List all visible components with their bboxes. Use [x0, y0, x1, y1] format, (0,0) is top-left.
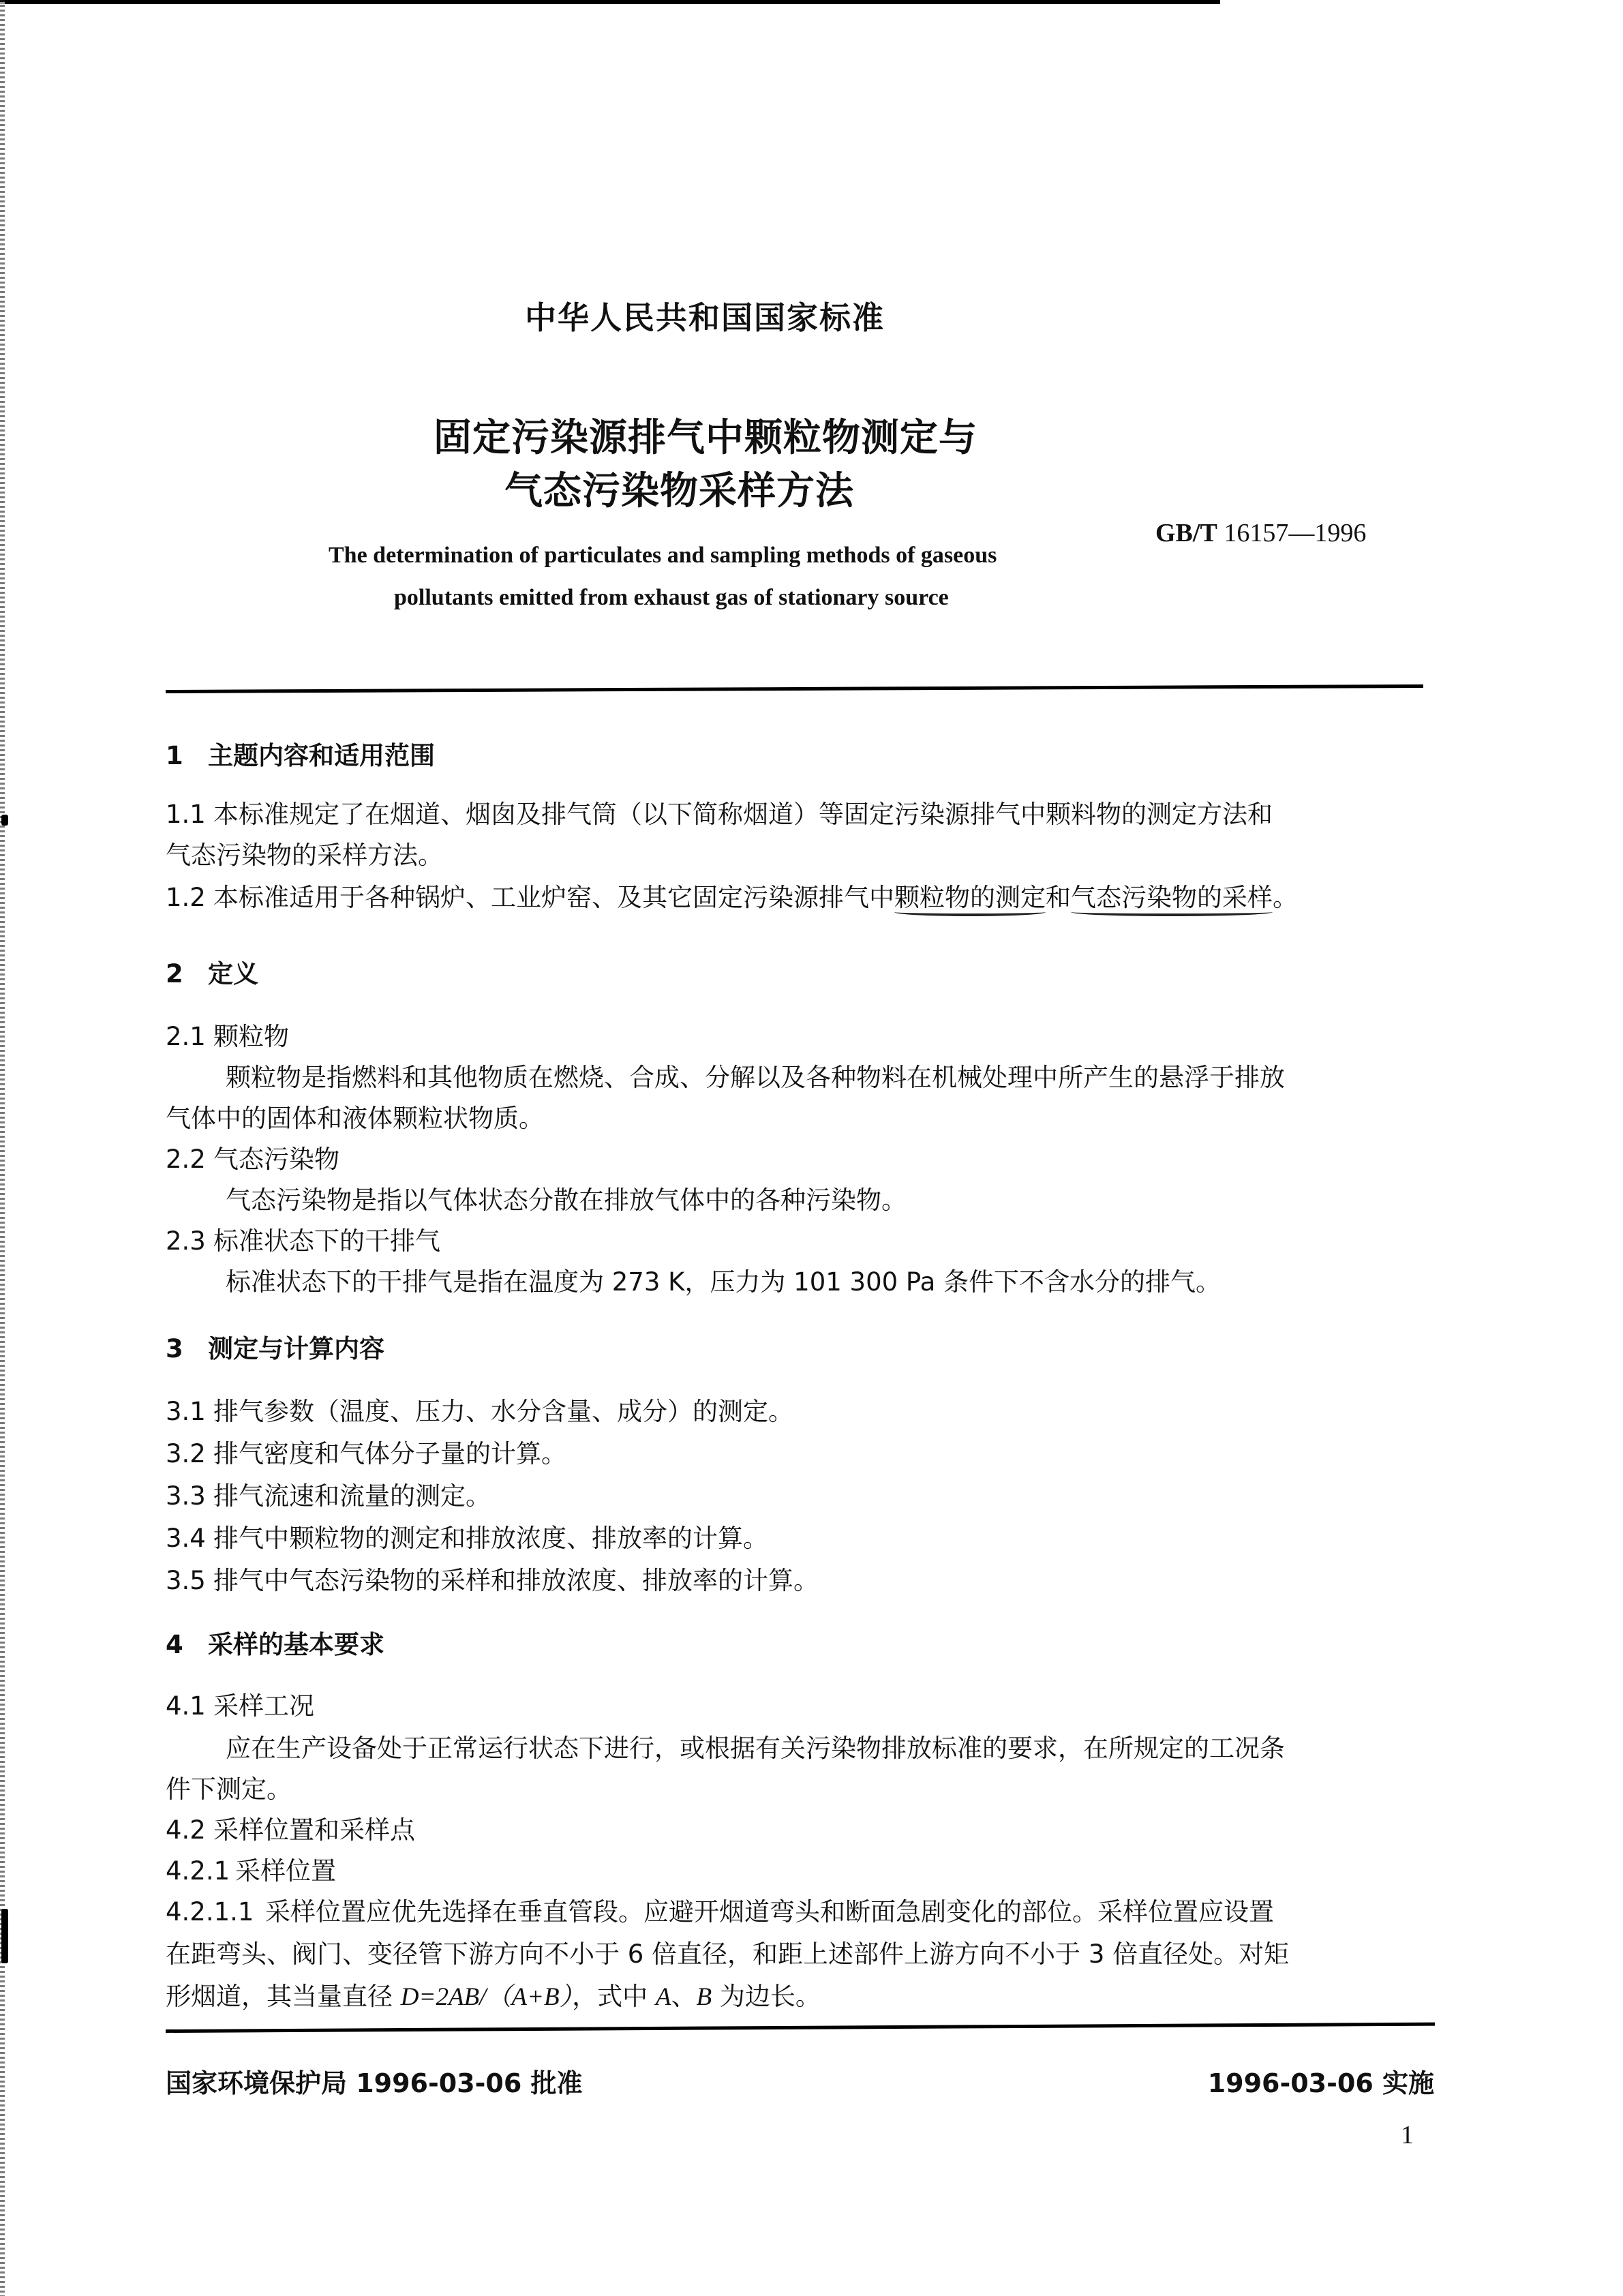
clause-3-5: 3.5排气中气态污染物的采样和排放浓度、排放率的计算。: [166, 1568, 819, 1593]
clause-4-1-title: 4.1采样工况: [166, 1693, 314, 1719]
section-heading: 3测定与计算内容: [166, 1336, 384, 1361]
scan-mark: [1, 1909, 8, 1963]
section-heading: 1主题内容和适用范围: [166, 743, 435, 768]
clause-2-1-title: 2.1颗粒物: [166, 1024, 289, 1049]
standard-code-prefix: GB/T: [1155, 519, 1217, 547]
standard-code-number: 16157—1996: [1224, 519, 1366, 547]
section-heading: 4采样的基本要求: [166, 1632, 384, 1657]
clause-text: 气态污染物的采样方法。: [166, 843, 443, 868]
footer-divider: [166, 2023, 1435, 2033]
section-heading: 2定义: [166, 961, 258, 986]
handwritten-underline: 颗粒物的测定: [894, 883, 1046, 916]
document-title-cn-line2: 气态污染物采样方法: [504, 461, 854, 515]
clause-4-2-title: 4.2采样位置和采样点: [166, 1817, 415, 1843]
national-standard-heading: 中华人民共和国国家标准: [525, 293, 885, 338]
standard-code: GB/T 16157—1996: [1155, 518, 1366, 548]
document-title-cn-line1: 固定污染源排气中颗粒物测定与: [434, 408, 977, 462]
clause-4-2-1-1: 4.2.1.1采样位置应优先选择在垂直管段。应避开烟道弯头和断面急剧变化的部位。…: [166, 1899, 1274, 1924]
clause-text: 应在生产设备处于正常运行状态下进行，或根据有关污染物排放标准的要求，在所规定的工…: [166, 1736, 1285, 1761]
clause-2-3-title: 2.3标准状态下的干排气: [166, 1228, 440, 1254]
clause-1-1: 1.1本标准规定了在烟道、烟囱及排气筒（以下简称烟道）等固定污染源排气中颗料物的…: [166, 802, 1273, 827]
clause-text: 气体中的固体和液体颗粒状物质。: [166, 1106, 544, 1131]
equivalent-diameter-formula: D=2AB/（A+B）: [401, 1983, 572, 2011]
implementation-date: 1996-03-06 实施: [1208, 2062, 1434, 2100]
clause-text: 颗粒物是指燃料和其他物质在燃烧、合成、分解以及各种物料在机械处理中所产生的悬浮于…: [166, 1065, 1285, 1090]
clause-text: 气态污染物是指以气体状态分散在排放气体中的各种污染物。: [166, 1188, 907, 1213]
clause-3-1: 3.1排气参数（温度、压力、水分含量、成分）的测定。: [166, 1399, 793, 1424]
clause-1-2: 1.2本标准适用于各种锅炉、工业炉窑、及其它固定污染源排气中颗粒物的测定和气态污…: [166, 885, 1298, 910]
clause-text: 件下测定。: [166, 1777, 292, 1802]
document-title-en-line2: pollutants emitted from exhaust gas of s…: [394, 585, 949, 611]
clause-3-3: 3.3排气流速和流量的测定。: [166, 1483, 491, 1509]
clause-text: 标准状态下的干排气是指在温度为 273 K，压力为 101 300 Pa 条件下…: [166, 1269, 1221, 1295]
scan-edge-top: [0, 0, 1220, 4]
approval-info: 国家环境保护局 1996-03-06 批准: [166, 2062, 583, 2100]
page-number: 1: [1401, 2120, 1414, 2150]
scan-mark: [1, 815, 8, 826]
clause-3-2: 3.2排气密度和气体分子量的计算。: [166, 1441, 566, 1466]
clause-text: 在距弯头、阀门、变径管下游方向不小于 6 倍直径，和距上述部件上游方向不小于 3…: [166, 1942, 1289, 1967]
handwritten-underline: 气态污染物的采样: [1071, 883, 1273, 916]
clause-text-formula: 形烟道，其当量直径 D=2AB/（A+B），式中 A、B 为边长。: [166, 1984, 821, 2010]
document-title-en-line1: The determination of particulates and sa…: [329, 543, 997, 569]
clause-4-2-1-title: 4.2.1采样位置: [166, 1858, 336, 1884]
clause-3-4: 3.4排气中颗粒物的测定和排放浓度、排放率的计算。: [166, 1526, 768, 1551]
clause-2-2-title: 2.2气态污染物: [166, 1147, 339, 1172]
header-divider: [166, 684, 1423, 693]
